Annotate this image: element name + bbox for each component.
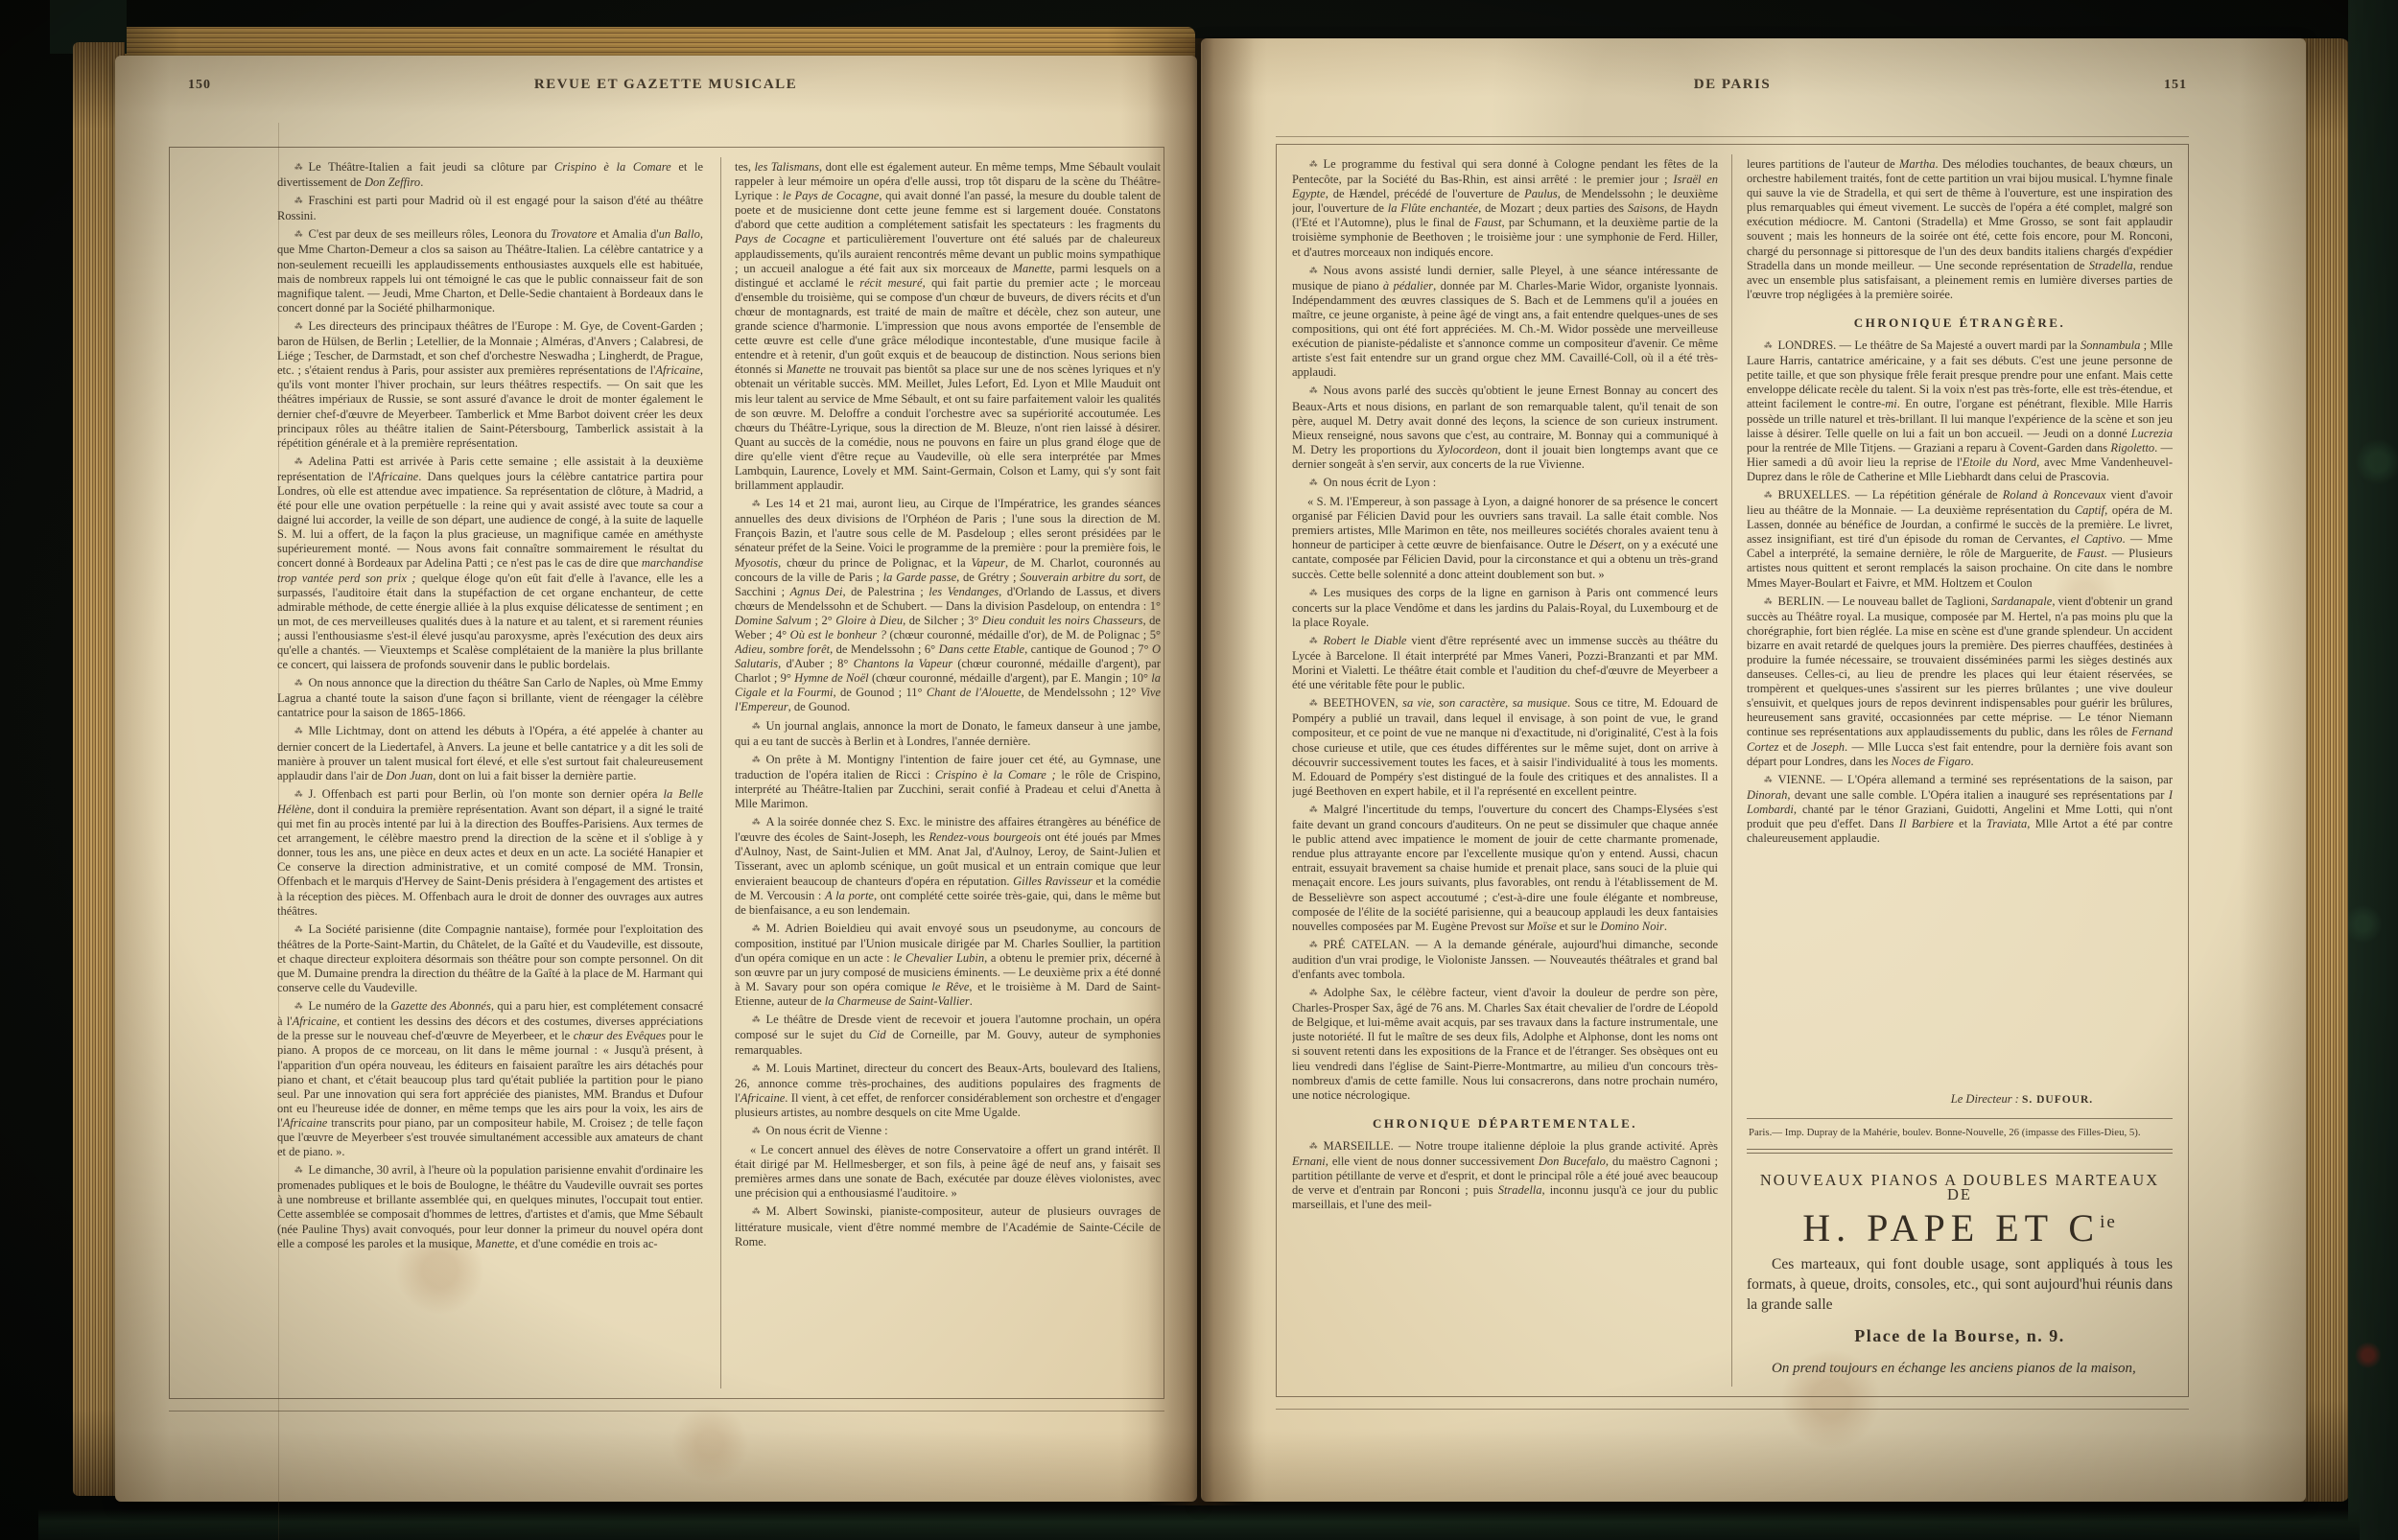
paragraph: On nous annonce que la direction du théâ… (277, 676, 703, 720)
double-divider-rule (1747, 1149, 2173, 1154)
text-frame-right: Le programme du festival qui sera donné … (1276, 144, 2189, 1397)
paragraph: Les musiques des corps de la ligne en ga… (1292, 586, 1718, 630)
right-column-2-text: leures partitions de l'auteur de Martha.… (1747, 157, 2173, 850)
paragraph: Un journal anglais, annonce la mort de D… (735, 719, 1161, 749)
paragraph: PRÉ CATELAN. — A la demande générale, au… (1292, 938, 1718, 982)
paragraph: Fraschini est parti pour Madrid où il es… (277, 194, 703, 223)
paragraph: On prête à M. Montigny l'intention de fa… (735, 753, 1161, 811)
paragraph: LONDRES. — Le théâtre de Sa Majesté a ou… (1747, 338, 2173, 484)
paragraph: « S. M. l'Empereur, à son passage à Lyon… (1292, 495, 1718, 582)
paragraph: La Société parisienne (dite Compagnie na… (277, 922, 703, 995)
paragraph: Mlle Lichtmay, dont on attend les débuts… (277, 724, 703, 782)
left-page: 150 REVUE ET GAZETTE MUSICALE Le Théâtre… (115, 56, 1197, 1502)
paragraph: tes, les Talismans, dont elle est égalem… (735, 160, 1161, 493)
right-page-column-2: leures partitions de l'auteur de Martha.… (1747, 157, 2173, 1384)
paragraph: Adolphe Sax, le célèbre facteur, vient d… (1292, 986, 1718, 1103)
running-title-right: DE PARIS (1278, 77, 2187, 93)
paragraph: Robert le Diable vient d'être représenté… (1292, 634, 1718, 692)
paragraph: A la soirée donnée chez S. Exc. le minis… (735, 815, 1161, 918)
paragraph: Le programme du festival qui sera donné … (1292, 157, 1718, 260)
section-header: CHRONIQUE ÉTRANGÈRE. (1747, 315, 2173, 330)
paragraph: J. Offenbach est parti pour Berlin, où l… (277, 787, 703, 919)
left-page-column-2: tes, les Talismans, dont elle est égalem… (735, 160, 1161, 1386)
paragraph: leures partitions de l'auteur de Martha.… (1747, 157, 2173, 302)
paragraph: Nous avons parlé des succès qu'obtient l… (1292, 384, 1718, 472)
advert-company-suffix: ie (2100, 1212, 2117, 1232)
left-page-column-1: Le Théâtre-Italien a fait jeudi sa clôtu… (277, 160, 703, 1386)
paragraph: Adelina Patti est arrivée à Paris cette … (277, 455, 703, 672)
page-bottom-block: Le Directeur : S. DUFOUR. Paris.— Imp. D… (1747, 1086, 2173, 1384)
director-label: Le Directeur : (1951, 1092, 2019, 1106)
paragraph: Les directeurs des principaux théâtres d… (277, 319, 703, 451)
paragraph: Nous avons assisté lundi dernier, salle … (1292, 264, 1718, 381)
director-signature: Le Directeur : S. DUFOUR. (1747, 1092, 2173, 1108)
paragraph: M. Albert Sowinski, pianiste-compositeur… (735, 1204, 1161, 1248)
paragraph: Les 14 et 21 mai, auront lieu, au Cirque… (735, 497, 1161, 714)
printer-imprint: Paris.— Imp. Dupray de la Mahérie, boule… (1749, 1126, 2173, 1140)
paragraph: Le dimanche, 30 avril, à l'heure où la p… (277, 1163, 703, 1251)
advert-address: Place de la Bourse, n. 9. (1747, 1329, 2173, 1343)
paragraph: « Le concert annuel des élèves de notre … (735, 1143, 1161, 1201)
advert-note: On prend toujours en échange les anciens… (1747, 1359, 2173, 1378)
director-name: S. DUFOUR. (2022, 1094, 2093, 1106)
advert-h-pape: NOUVEAUX PIANOS A DOUBLES MARTEAUX DE H.… (1747, 1173, 2173, 1378)
advert-company-name: H. PAPE ET Cie (1747, 1215, 2173, 1235)
section-header: CHRONIQUE DÉPARTEMENTALE. (1292, 1116, 1718, 1131)
page-edges-top (92, 27, 1195, 59)
book-cover-bottom (38, 1509, 2360, 1540)
paragraph: C'est par deux de ses meilleurs rôles, L… (277, 227, 703, 315)
paragraph: Le théâtre de Dresde vient de recevoir e… (735, 1013, 1161, 1057)
paragraph: VIENNE. — L'Opéra allemand a terminé ses… (1747, 773, 2173, 846)
right-page: DE PARIS 151 Le programme du festival qu… (1201, 38, 2306, 1502)
column-rule (720, 157, 721, 1388)
text-frame-left: Le Théâtre-Italien a fait jeudi sa clôtu… (169, 147, 1164, 1399)
paragraph: M. Louis Martinet, directeur du concert … (735, 1062, 1161, 1120)
book-spread: 150 REVUE ET GAZETTE MUSICALE Le Théâtre… (0, 0, 2398, 1540)
paragraph: BEETHOVEN, sa vie, son caractère, sa mus… (1292, 696, 1718, 799)
advert-heading: NOUVEAUX PIANOS A DOUBLES MARTEAUX DE (1747, 1173, 2173, 1202)
paragraph: On nous écrit de Vienne : (735, 1124, 1161, 1139)
advert-body: Ces marteaux, qui font double usage, son… (1747, 1254, 2173, 1315)
paragraph: BERLIN. — Le nouveau ballet de Taglioni,… (1747, 595, 2173, 769)
paragraph: BRUXELLES. — La répétition générale de R… (1747, 488, 2173, 591)
running-title-left: REVUE ET GAZETTE MUSICALE (169, 77, 1163, 93)
page-number-right: 151 (2164, 78, 2187, 93)
paragraph: On nous écrit de Lyon : (1292, 476, 1718, 491)
paragraph: Malgré l'incertitude du temps, l'ouvertu… (1292, 803, 1718, 934)
paragraph: Le Théâtre-Italien a fait jeudi sa clôtu… (277, 160, 703, 190)
divider-rule (1747, 1118, 2173, 1119)
right-page-column-1: Le programme du festival qui sera donné … (1292, 157, 1718, 1384)
paragraph: Le numéro de la Gazette des Abonnés, qui… (277, 999, 703, 1159)
paragraph: MARSEILLE. — Notre troupe italienne dépl… (1292, 1139, 1718, 1212)
paragraph: M. Adrien Boieldieu qui avait envoyé sou… (735, 922, 1161, 1010)
column-rule (1731, 154, 1732, 1387)
book-cover-right (2348, 0, 2398, 1540)
